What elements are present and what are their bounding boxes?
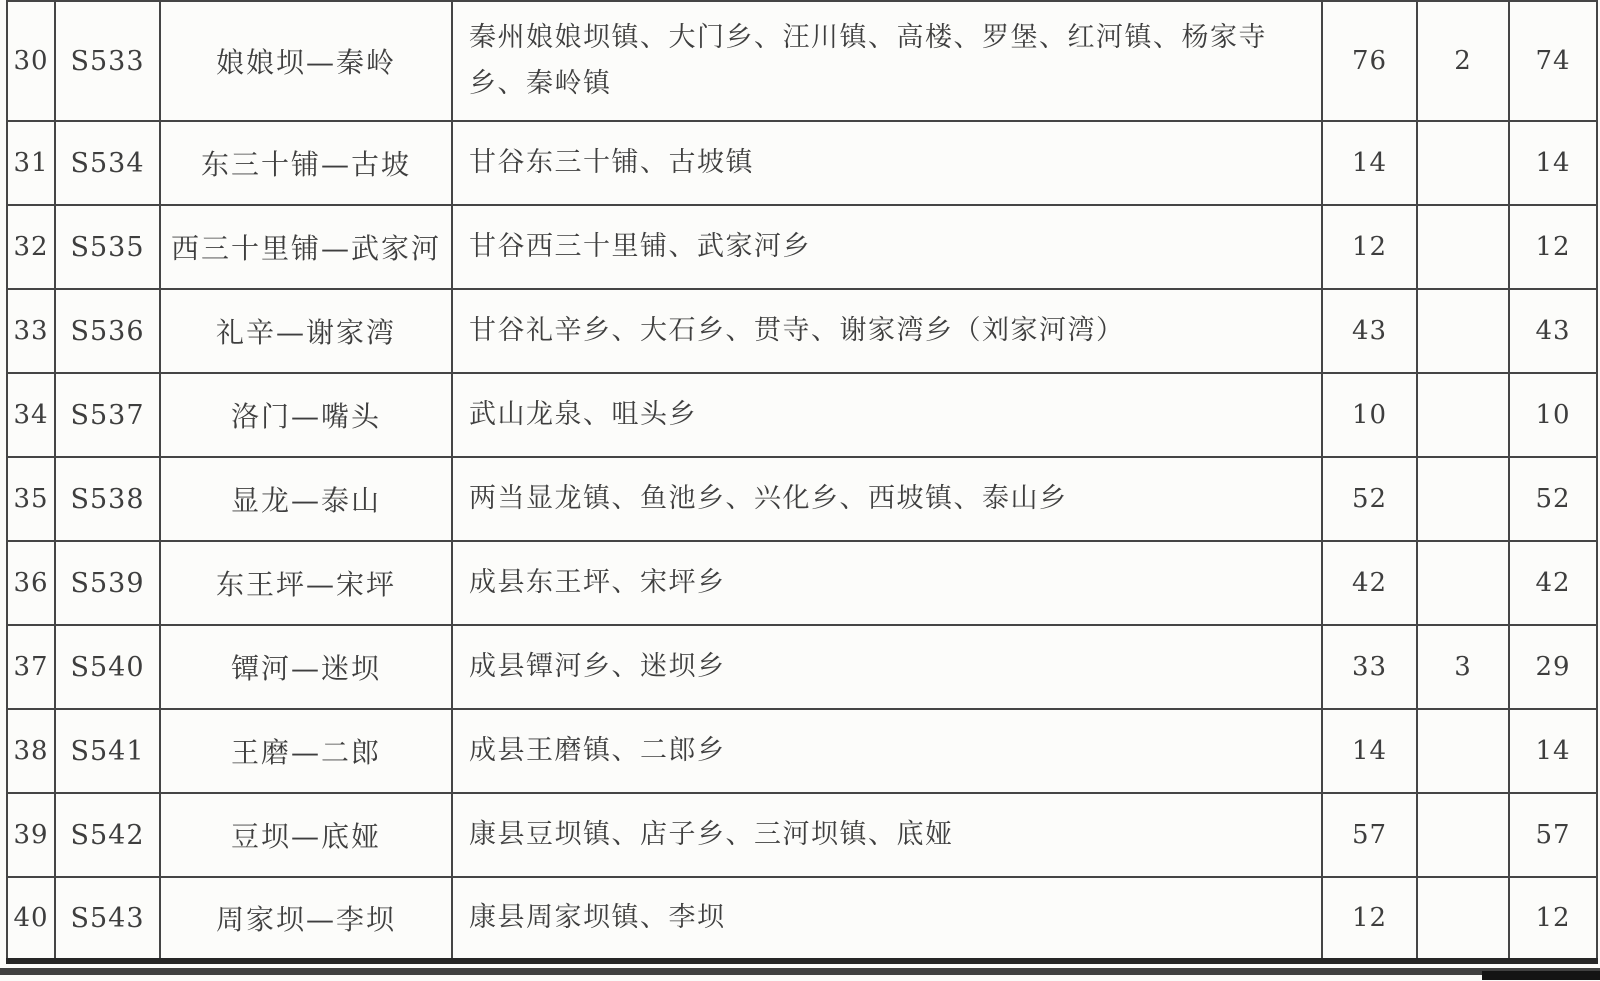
route-description-cell: 武山龙泉、咀头乡 <box>452 373 1322 457</box>
mileage-total-cell: 42 <box>1322 541 1417 625</box>
road-code-cell: S542 <box>55 793 160 877</box>
mileage-net-cell: 42 <box>1509 541 1597 625</box>
road-code-cell: S540 <box>55 625 160 709</box>
provincial-road-table: 30S533娘娘坝—秦岭秦州娘娘坝镇、大门乡、汪川镇、高楼、罗堡、红河镇、杨家寺… <box>6 0 1598 964</box>
road-code-cell: S539 <box>55 541 160 625</box>
road-name-cell: 东三十铺—古坡 <box>160 121 452 205</box>
table-row: 38S541王磨—二郎成县王磨镇、二郎乡1414 <box>7 709 1597 793</box>
mileage-deduct-cell <box>1417 121 1509 205</box>
table-row: 34S537洛门—嘴头武山龙泉、咀头乡1010 <box>7 373 1597 457</box>
road-name-cell: 西三十里铺—武家河 <box>160 205 452 289</box>
mileage-total-cell: 76 <box>1322 1 1417 121</box>
route-description-cell: 甘谷东三十铺、古坡镇 <box>452 121 1322 205</box>
table-row: 30S533娘娘坝—秦岭秦州娘娘坝镇、大门乡、汪川镇、高楼、罗堡、红河镇、杨家寺… <box>7 1 1597 121</box>
mileage-deduct-cell <box>1417 709 1509 793</box>
mileage-deduct-cell <box>1417 793 1509 877</box>
road-name-cell: 显龙—泰山 <box>160 457 452 541</box>
table-row: 40S543周家坝—李坝康县周家坝镇、李坝1212 <box>7 877 1597 961</box>
mileage-deduct-cell <box>1417 541 1509 625</box>
row-number-cell: 40 <box>7 877 55 961</box>
scanned-document-page: 30S533娘娘坝—秦岭秦州娘娘坝镇、大门乡、汪川镇、高楼、罗堡、红河镇、杨家寺… <box>0 0 1600 981</box>
page-bottom-border <box>0 968 1600 975</box>
mileage-deduct-cell <box>1417 373 1509 457</box>
road-name-cell: 东王坪—宋坪 <box>160 541 452 625</box>
route-description-cell: 康县周家坝镇、李坝 <box>452 877 1322 961</box>
road-name-cell: 王磨—二郎 <box>160 709 452 793</box>
bottom-right-border-mark <box>1482 971 1600 980</box>
mileage-total-cell: 14 <box>1322 121 1417 205</box>
row-number-cell: 36 <box>7 541 55 625</box>
mileage-total-cell: 12 <box>1322 877 1417 961</box>
mileage-total-cell: 14 <box>1322 709 1417 793</box>
mileage-net-cell: 52 <box>1509 457 1597 541</box>
table-row: 37S540镡河—迷坝成县镡河乡、迷坝乡33329 <box>7 625 1597 709</box>
table-row: 36S539东王坪—宋坪成县东王坪、宋坪乡4242 <box>7 541 1597 625</box>
mileage-total-cell: 10 <box>1322 373 1417 457</box>
road-code-cell: S541 <box>55 709 160 793</box>
mileage-deduct-cell: 2 <box>1417 1 1509 121</box>
route-description-cell: 两当显龙镇、鱼池乡、兴化乡、西坡镇、泰山乡 <box>452 457 1322 541</box>
table-row: 35S538显龙—泰山两当显龙镇、鱼池乡、兴化乡、西坡镇、泰山乡5252 <box>7 457 1597 541</box>
route-description-cell: 成县东王坪、宋坪乡 <box>452 541 1322 625</box>
mileage-net-cell: 57 <box>1509 793 1597 877</box>
table-row: 39S542豆坝—底娅康县豆坝镇、店子乡、三河坝镇、底娅5757 <box>7 793 1597 877</box>
mileage-deduct-cell <box>1417 289 1509 373</box>
mileage-deduct-cell <box>1417 877 1509 961</box>
mileage-total-cell: 33 <box>1322 625 1417 709</box>
route-description-cell: 成县镡河乡、迷坝乡 <box>452 625 1322 709</box>
route-description-cell: 甘谷西三十里铺、武家河乡 <box>452 205 1322 289</box>
table-row: 31S534东三十铺—古坡甘谷东三十铺、古坡镇1414 <box>7 121 1597 205</box>
road-name-cell: 娘娘坝—秦岭 <box>160 1 452 121</box>
mileage-net-cell: 10 <box>1509 373 1597 457</box>
road-table-body: 30S533娘娘坝—秦岭秦州娘娘坝镇、大门乡、汪川镇、高楼、罗堡、红河镇、杨家寺… <box>7 1 1597 961</box>
row-number-cell: 37 <box>7 625 55 709</box>
road-code-cell: S538 <box>55 457 160 541</box>
mileage-total-cell: 12 <box>1322 205 1417 289</box>
route-description-cell: 秦州娘娘坝镇、大门乡、汪川镇、高楼、罗堡、红河镇、杨家寺乡、秦岭镇 <box>452 1 1322 121</box>
mileage-deduct-cell: 3 <box>1417 625 1509 709</box>
mileage-total-cell: 52 <box>1322 457 1417 541</box>
row-number-cell: 39 <box>7 793 55 877</box>
road-code-cell: S537 <box>55 373 160 457</box>
row-number-cell: 32 <box>7 205 55 289</box>
road-code-cell: S536 <box>55 289 160 373</box>
row-number-cell: 35 <box>7 457 55 541</box>
road-code-cell: S543 <box>55 877 160 961</box>
route-description-cell: 康县豆坝镇、店子乡、三河坝镇、底娅 <box>452 793 1322 877</box>
mileage-net-cell: 43 <box>1509 289 1597 373</box>
mileage-net-cell: 12 <box>1509 205 1597 289</box>
route-description-cell: 甘谷礼辛乡、大石乡、贯寺、谢家湾乡（刘家河湾） <box>452 289 1322 373</box>
row-number-cell: 33 <box>7 289 55 373</box>
mileage-net-cell: 12 <box>1509 877 1597 961</box>
table-row: 33S536礼辛—谢家湾甘谷礼辛乡、大石乡、贯寺、谢家湾乡（刘家河湾）4343 <box>7 289 1597 373</box>
mileage-net-cell: 74 <box>1509 1 1597 121</box>
row-number-cell: 30 <box>7 1 55 121</box>
row-number-cell: 31 <box>7 121 55 205</box>
road-code-cell: S535 <box>55 205 160 289</box>
mileage-deduct-cell <box>1417 457 1509 541</box>
road-name-cell: 镡河—迷坝 <box>160 625 452 709</box>
row-number-cell: 34 <box>7 373 55 457</box>
mileage-total-cell: 43 <box>1322 289 1417 373</box>
row-number-cell: 38 <box>7 709 55 793</box>
mileage-net-cell: 29 <box>1509 625 1597 709</box>
mileage-deduct-cell <box>1417 205 1509 289</box>
route-description-cell: 成县王磨镇、二郎乡 <box>452 709 1322 793</box>
road-code-cell: S534 <box>55 121 160 205</box>
road-name-cell: 周家坝—李坝 <box>160 877 452 961</box>
road-name-cell: 礼辛—谢家湾 <box>160 289 452 373</box>
road-name-cell: 豆坝—底娅 <box>160 793 452 877</box>
mileage-total-cell: 57 <box>1322 793 1417 877</box>
mileage-net-cell: 14 <box>1509 709 1597 793</box>
road-code-cell: S533 <box>55 1 160 121</box>
mileage-net-cell: 14 <box>1509 121 1597 205</box>
road-name-cell: 洛门—嘴头 <box>160 373 452 457</box>
table-row: 32S535西三十里铺—武家河甘谷西三十里铺、武家河乡1212 <box>7 205 1597 289</box>
